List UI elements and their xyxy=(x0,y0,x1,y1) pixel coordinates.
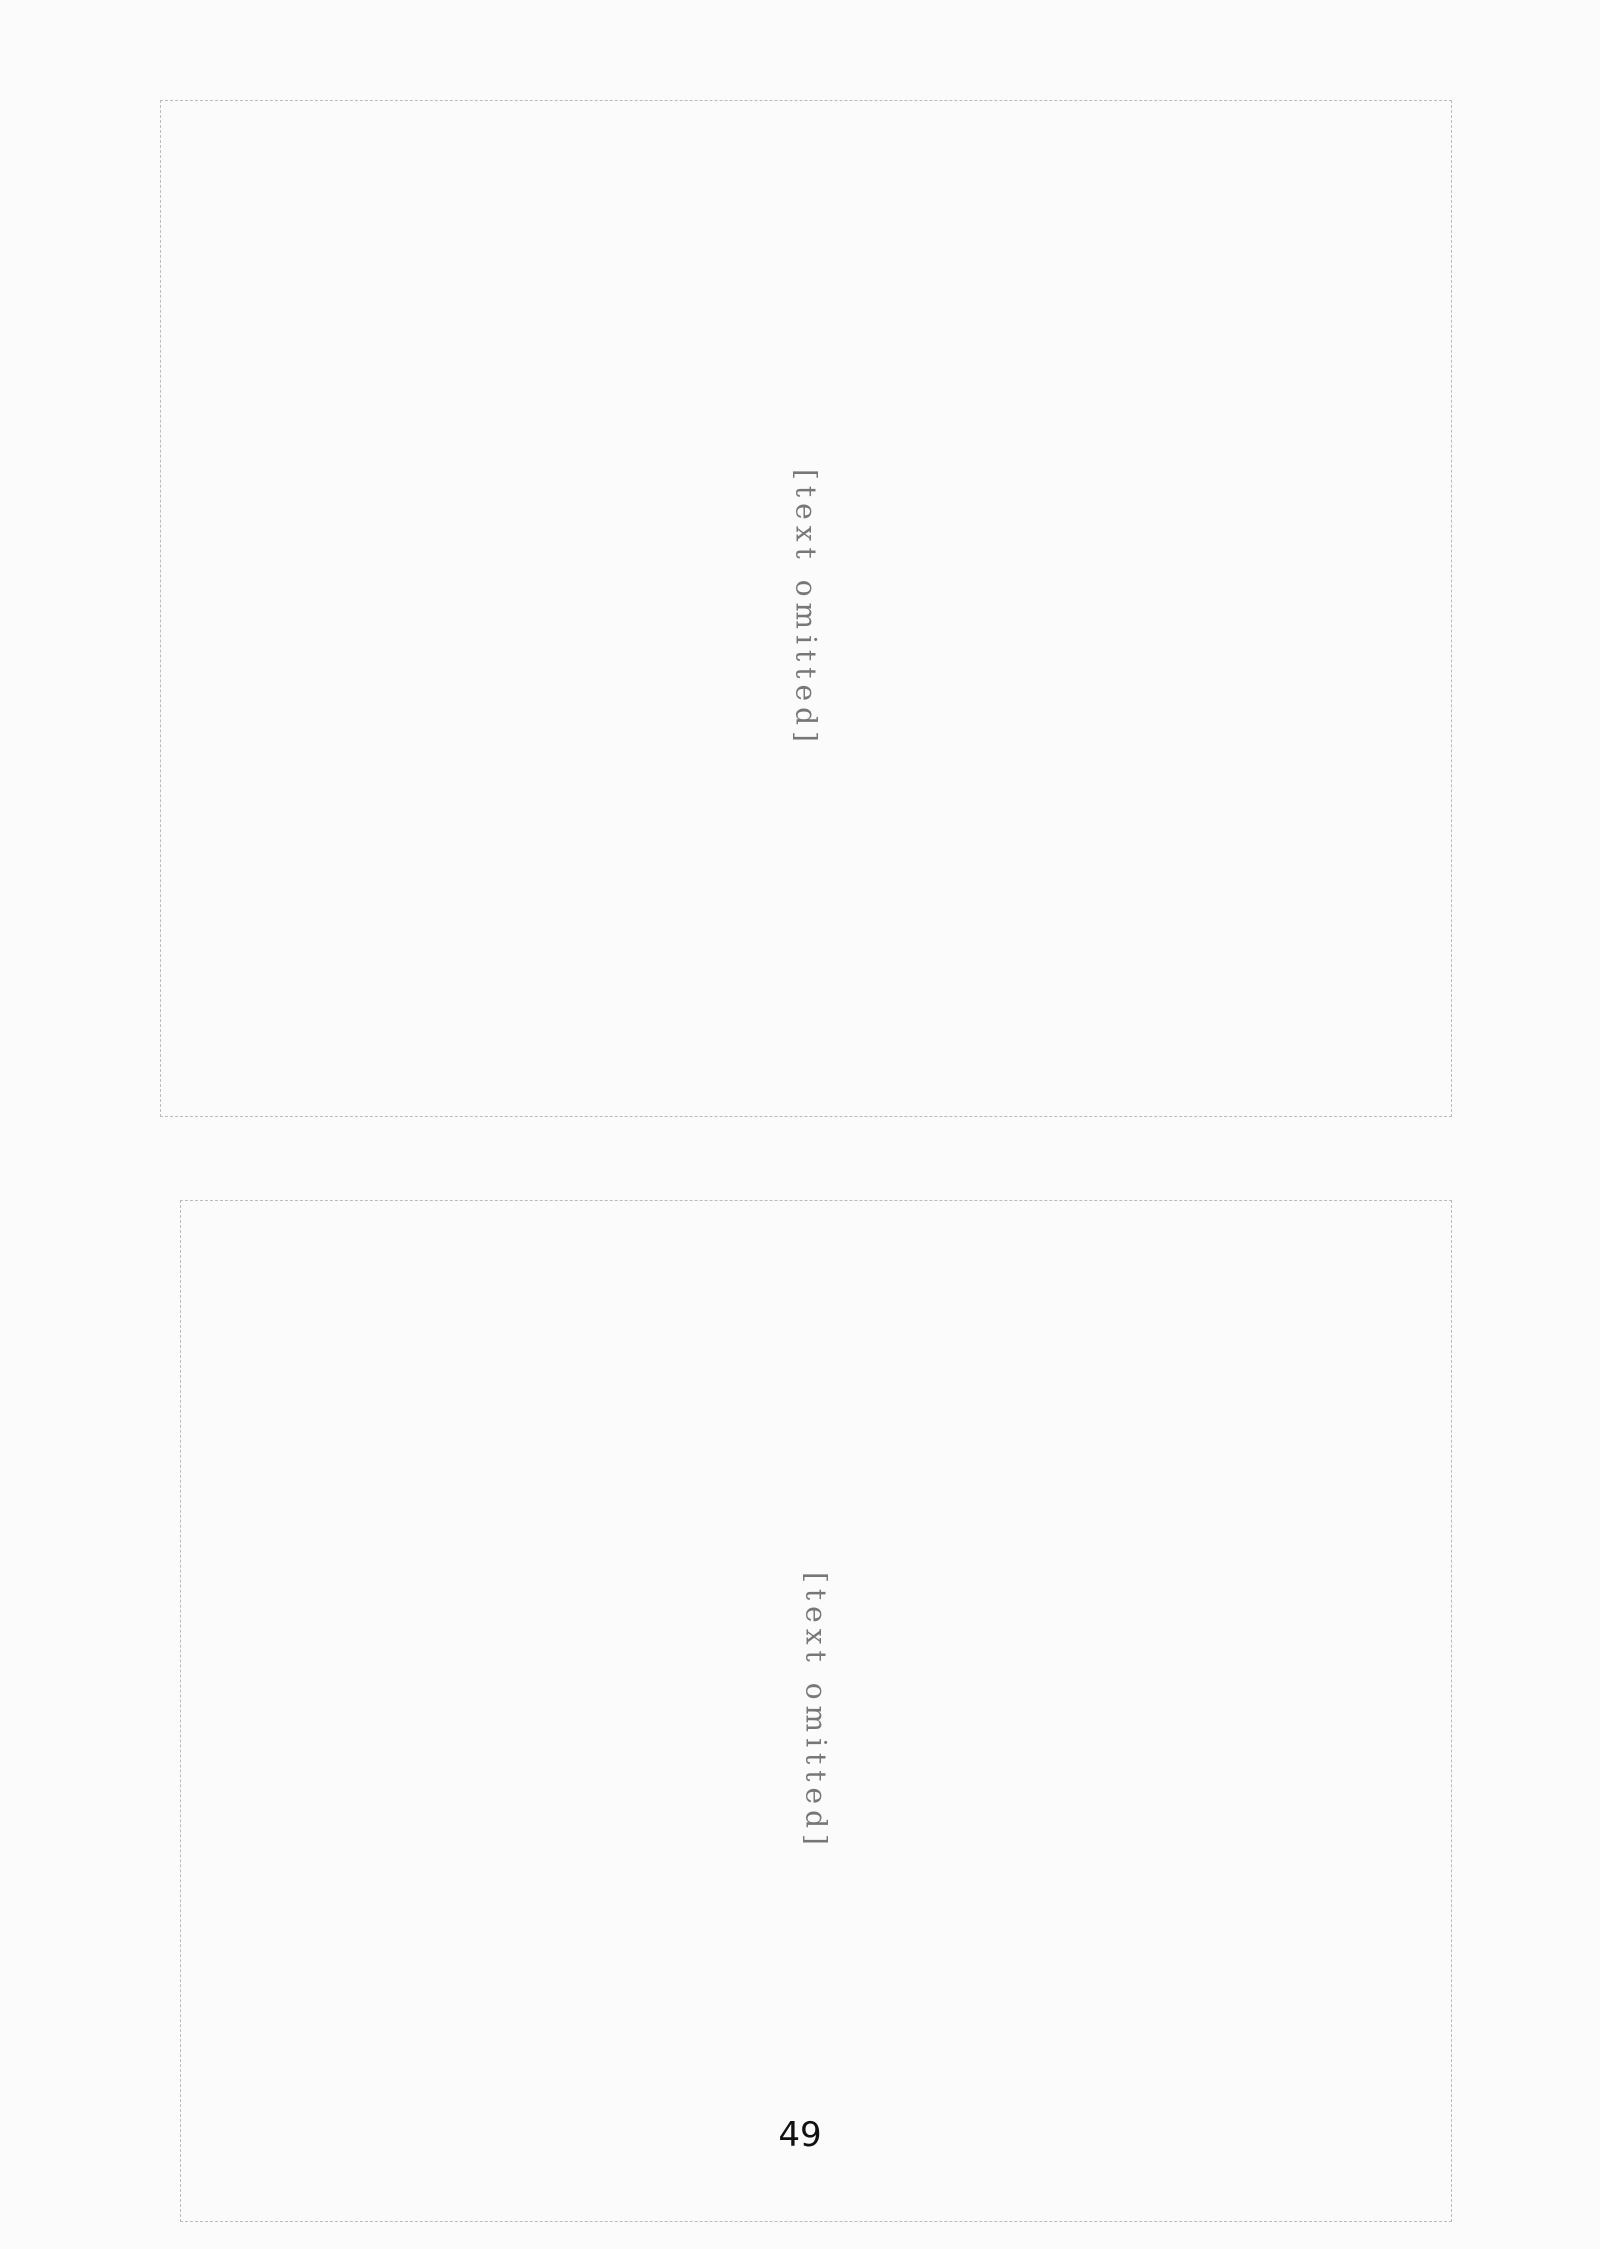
page-number: 49 xyxy=(0,2115,1600,2155)
text-block-top: [text omitted] xyxy=(160,100,1452,1117)
document-page: [text omitted] [text omitted] 49 xyxy=(0,0,1600,2249)
text-block-bottom: [text omitted] xyxy=(180,1200,1452,2222)
